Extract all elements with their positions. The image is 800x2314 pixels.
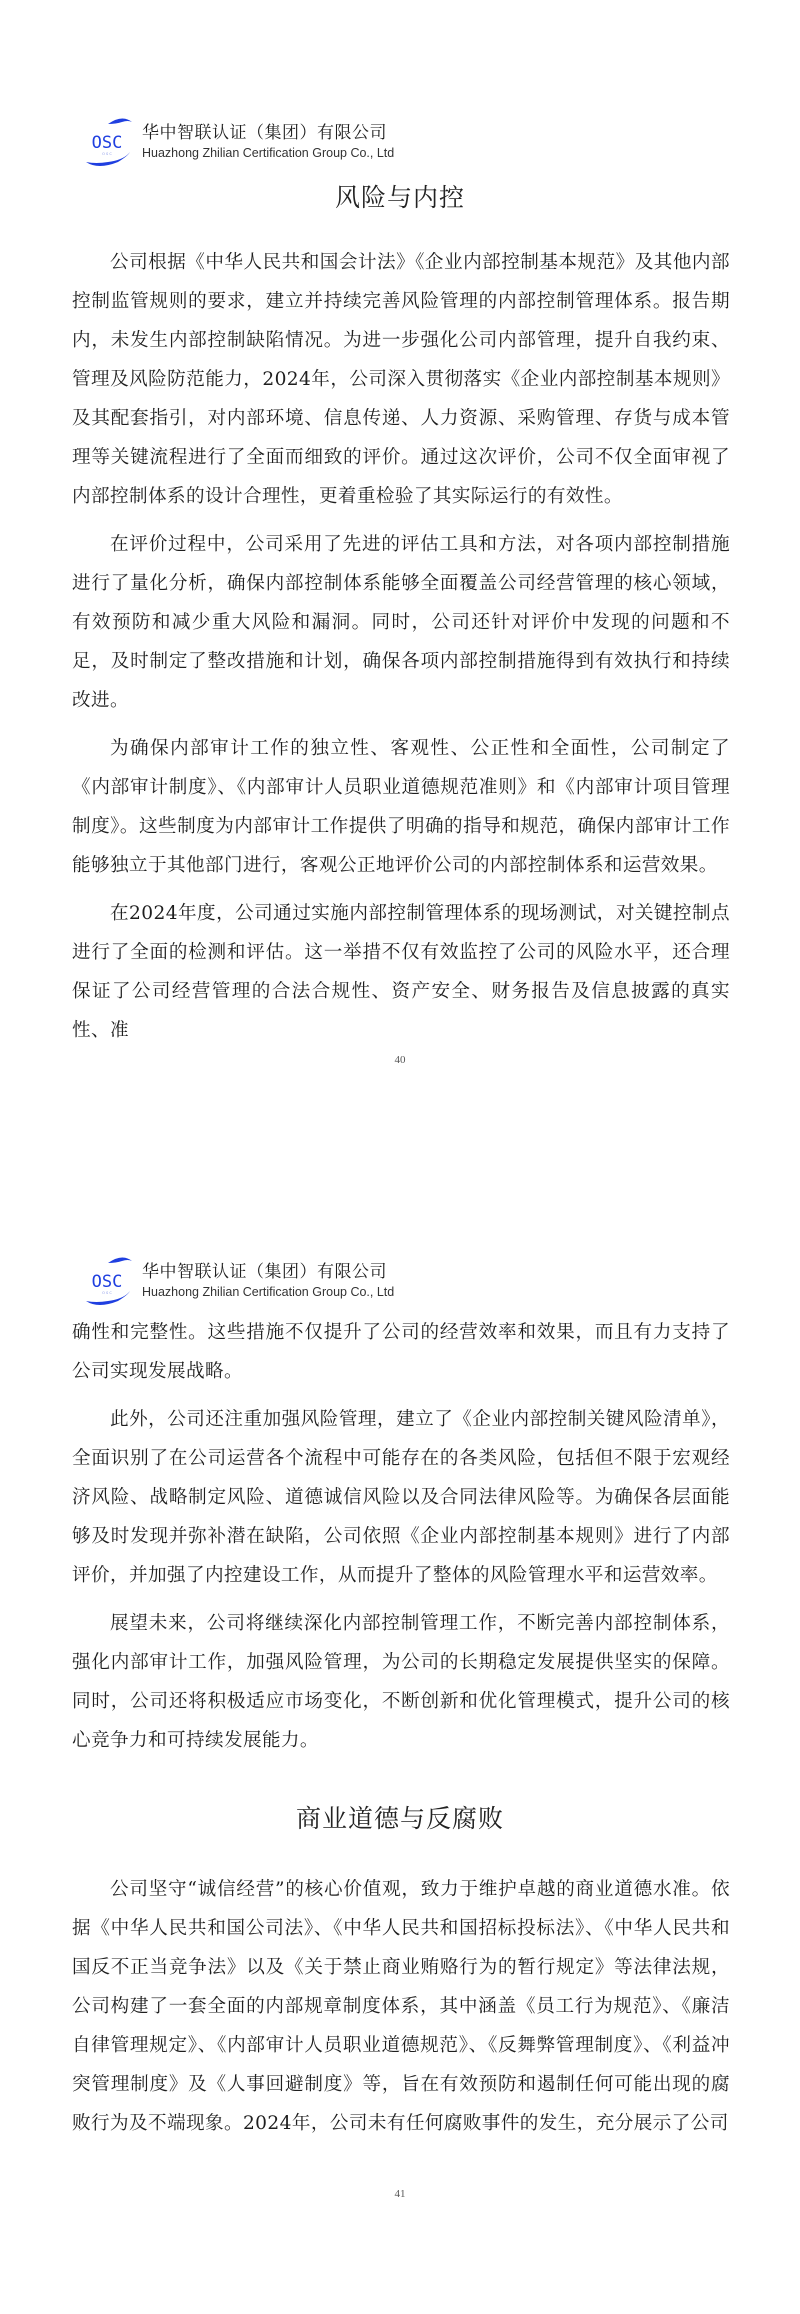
company-name-en: Huazhong Zhilian Certification Group Co.… [142,146,394,160]
svg-text:O S C: O S C [102,152,112,156]
page-number: 41 [0,2188,800,2200]
paragraph: 公司坚守“诚信经营”的核心价值观，致力于维护卓越的商业道德水准。依据《中华人民共… [72,1870,730,2143]
paragraph: 为确保内部审计工作的独立性、客观性、公正性和全面性，公司制定了《内部审计制度》、… [72,729,730,885]
risk-control-body: 公司根据《中华人民共和国会计法》《企业内部控制基本规范》及其他内部控制监管规则的… [72,243,730,1050]
paragraph: 在2024年度，公司通过实施内部控制管理体系的现场测试，对关键控制点进行了全面的… [72,894,730,1050]
page-number: 40 [0,1054,800,1066]
paragraph: 在评价过程中，公司采用了先进的评估工具和方法，对各项内部控制措施进行了量化分析，… [72,525,730,720]
company-name-cn: 华中智联认证（集团）有限公司 [142,1257,387,1282]
risk-control-body-continued: 确性和完整性。这些措施不仅提升了公司的经营效率和效果，而且有力支持了公司实现发展… [72,1313,730,1760]
business-ethics-body: 公司坚守“诚信经营”的核心价值观，致力于维护卓越的商业道德水准。依据《中华人民共… [72,1870,730,2143]
paragraph-continuation: 确性和完整性。这些措施不仅提升了公司的经营效率和效果，而且有力支持了公司实现发展… [72,1313,730,1391]
company-logo-icon: OSC O S C [78,1251,136,1311]
document-page-40: OSC O S C 华中智联认证（集团）有限公司 Huazhong Zhilia… [0,0,800,1157]
document-page-41: OSC O S C 华中智联认证（集团）有限公司 Huazhong Zhilia… [0,1157,800,2314]
company-name-cn: 华中智联认证（集团）有限公司 [142,118,387,143]
svg-text:OSC: OSC [92,1272,123,1292]
paragraph: 公司根据《中华人民共和国会计法》《企业内部控制基本规范》及其他内部控制监管规则的… [72,243,730,516]
company-logo-icon: OSC O S C [78,112,136,172]
company-header: OSC O S C 华中智联认证（集团）有限公司 Huazhong Zhilia… [78,112,498,172]
svg-text:O S C: O S C [102,1291,112,1295]
company-name-en: Huazhong Zhilian Certification Group Co.… [142,1285,394,1299]
section-title-risk-control: 风险与内控 [0,178,800,214]
svg-text:OSC: OSC [92,133,123,153]
section-title-business-ethics: 商业道德与反腐败 [0,1799,800,1835]
paragraph: 展望未来，公司将继续深化内部控制管理工作，不断完善内部控制体系，强化内部审计工作… [72,1604,730,1760]
company-header: OSC O S C 华中智联认证（集团）有限公司 Huazhong Zhilia… [78,1251,498,1311]
paragraph: 此外，公司还注重加强风险管理，建立了《企业内部控制关键风险清单》，全面识别了在公… [72,1400,730,1595]
